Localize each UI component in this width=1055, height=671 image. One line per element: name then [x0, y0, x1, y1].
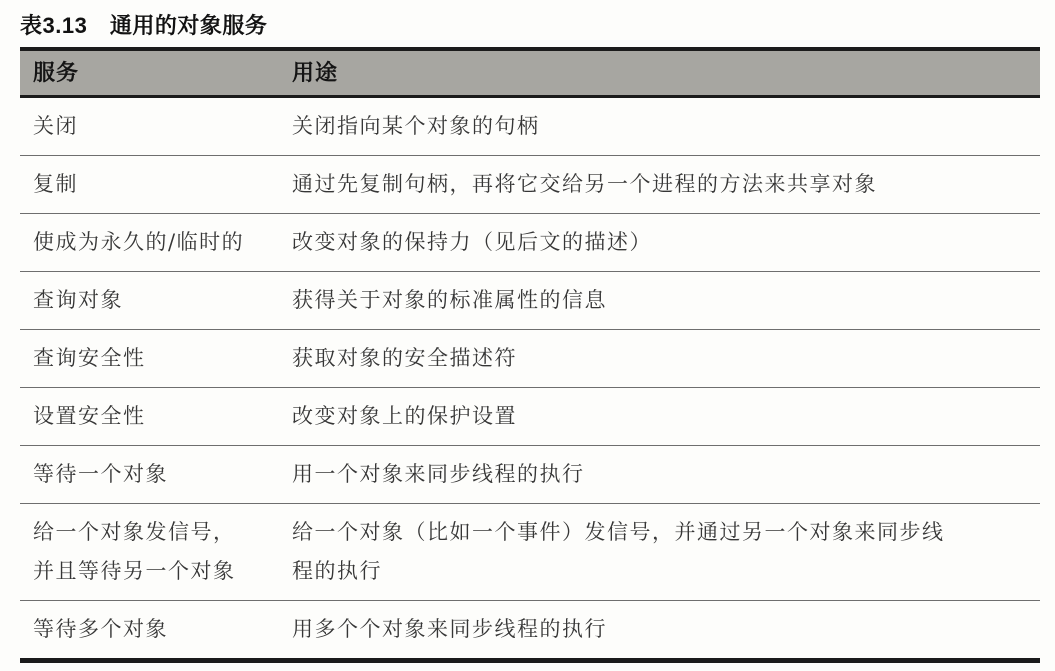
service-cell: 等待多个对象 [20, 601, 292, 658]
table-row: 关闭 关闭指向某个对象的句柄 [20, 98, 1040, 156]
service-cell: 使成为永久的/临时的 [20, 214, 292, 271]
column-header-service: 服务 [20, 51, 292, 95]
service-cell: 给一个对象发信号， 并且等待另一个对象 [20, 504, 292, 600]
purpose-cell: 获取对象的安全描述符 [292, 330, 1040, 387]
table-row: 等待多个对象 用多个个对象来同步线程的执行 [20, 601, 1040, 658]
table-row: 查询安全性 获取对象的安全描述符 [20, 330, 1040, 388]
table-row: 给一个对象发信号， 并且等待另一个对象 给一个对象（比如一个事件）发信号，并通过… [20, 504, 1040, 601]
purpose-cell: 获得关于对象的标准属性的信息 [292, 272, 1040, 329]
column-header-purpose: 用途 [292, 51, 1040, 95]
book-page: 表3.13 通用的对象服务 服务 用途 关闭 关闭指向某个对象的句柄 复制 通过… [0, 0, 1055, 671]
purpose-cell: 用一个对象来同步线程的执行 [292, 446, 1040, 503]
table-row: 复制 通过先复制句柄，再将它交给另一个进程的方法来共享对象 [20, 156, 1040, 214]
purpose-cell: 用多个个对象来同步线程的执行 [292, 601, 1040, 658]
table-caption: 表3.13 通用的对象服务 [0, 0, 1055, 40]
purpose-cell: 改变对象的保持力（见后文的描述） [292, 214, 1040, 271]
services-table: 服务 用途 关闭 关闭指向某个对象的句柄 复制 通过先复制句柄，再将它交给另一个… [20, 47, 1040, 663]
purpose-cell: 关闭指向某个对象的句柄 [292, 98, 1040, 155]
service-cell: 查询对象 [20, 272, 292, 329]
table-body: 关闭 关闭指向某个对象的句柄 复制 通过先复制句柄，再将它交给另一个进程的方法来… [20, 98, 1040, 658]
service-cell: 关闭 [20, 98, 292, 155]
purpose-cell: 给一个对象（比如一个事件）发信号，并通过另一个对象来同步线 程的执行 [292, 504, 1040, 600]
table-header-row: 服务 用途 [20, 47, 1040, 98]
purpose-cell: 通过先复制句柄，再将它交给另一个进程的方法来共享对象 [292, 156, 1040, 213]
table-row: 设置安全性 改变对象上的保护设置 [20, 388, 1040, 446]
table-row: 等待一个对象 用一个对象来同步线程的执行 [20, 446, 1040, 504]
purpose-cell: 改变对象上的保护设置 [292, 388, 1040, 445]
service-cell: 设置安全性 [20, 388, 292, 445]
table-row: 使成为永久的/临时的 改变对象的保持力（见后文的描述） [20, 214, 1040, 272]
service-cell: 复制 [20, 156, 292, 213]
table-row: 查询对象 获得关于对象的标准属性的信息 [20, 272, 1040, 330]
service-cell: 查询安全性 [20, 330, 292, 387]
service-cell: 等待一个对象 [20, 446, 292, 503]
